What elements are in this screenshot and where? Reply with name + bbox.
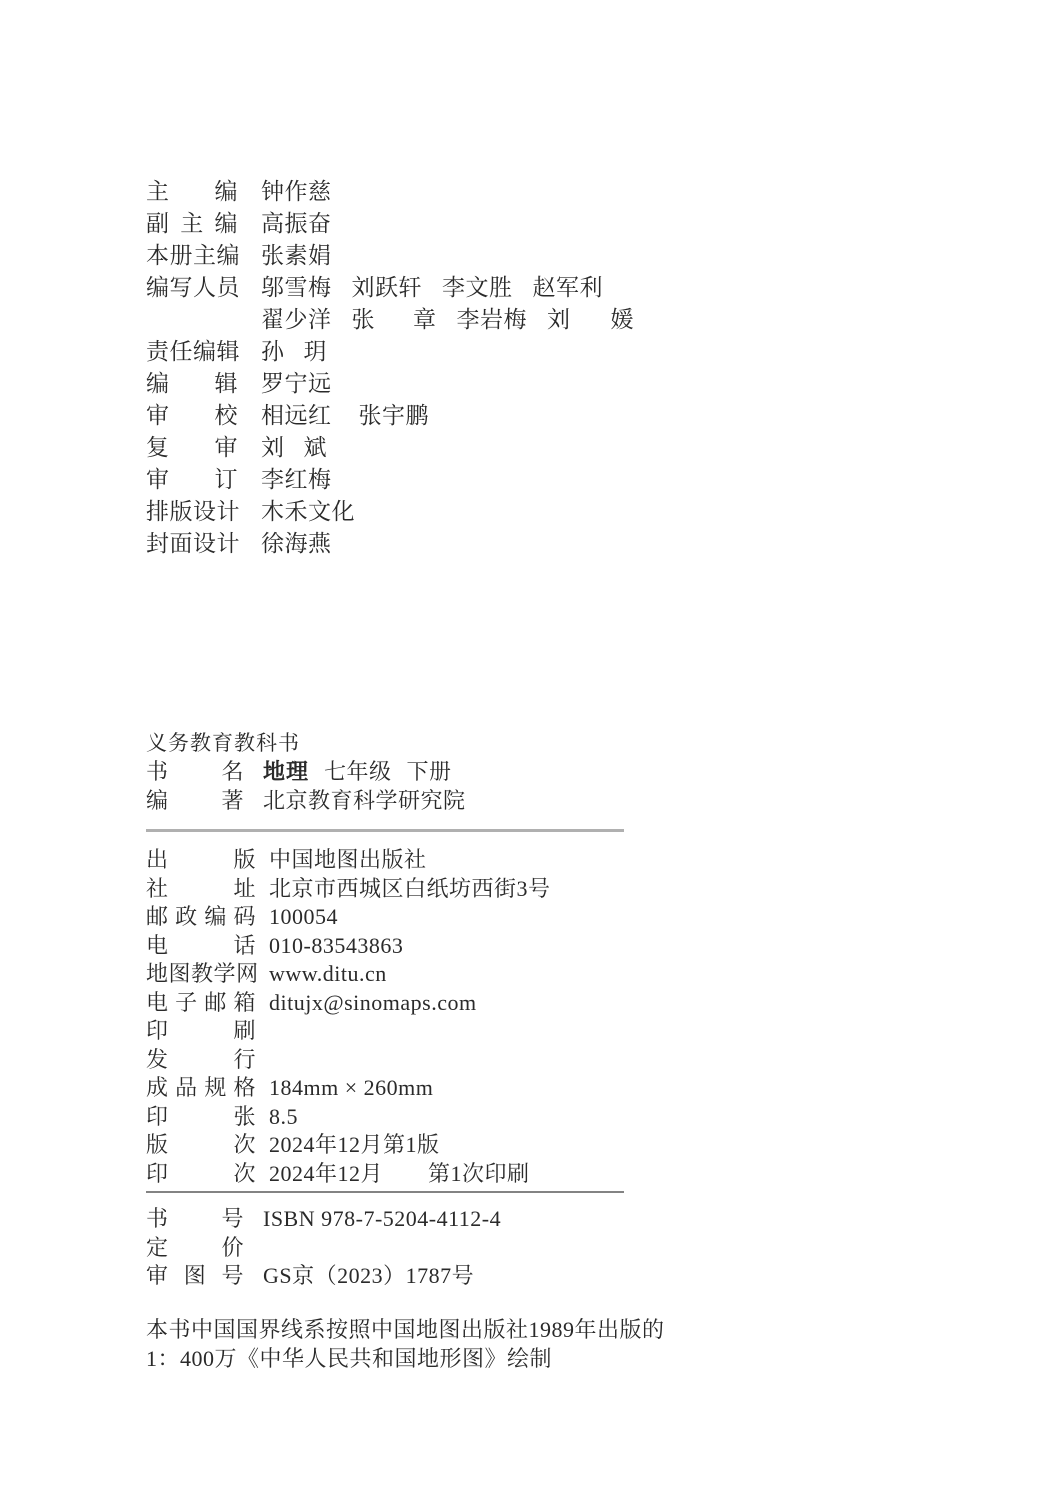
printer-row: 印刷 — [146, 1017, 706, 1046]
credit-row-editor: 编辑 罗宁远 — [146, 368, 706, 400]
field-label: 印刷 — [146, 1017, 256, 1046]
credit-row-deputy-chief-editor: 副主编 高振奋 — [146, 208, 706, 240]
format-value: 184mm × 260mm — [269, 1074, 433, 1103]
credit-label: 副主编 — [146, 208, 238, 240]
book-name-row: 书名 地理 七年级 下册 — [146, 758, 706, 787]
address-value: 北京市西城区白纸坊西街3号 — [269, 875, 551, 904]
field-label: 印张 — [146, 1103, 256, 1132]
credit-label: 排版设计 — [146, 496, 238, 528]
person-name: 张素娟 — [261, 240, 332, 272]
boundary-note: 本书中国国界线系按照中国地图出版社1989年出版的 1：400万《中华人民共和国… — [146, 1315, 706, 1374]
distributor-row: 发行 — [146, 1046, 706, 1075]
format-row: 成品规格 184mm × 260mm — [146, 1074, 706, 1103]
postal-code-value: 100054 — [269, 903, 338, 932]
sheets-row: 印张 8.5 — [146, 1103, 706, 1132]
isbn-row: 书号 ISBN 978-7-5204-4112-4 — [146, 1205, 706, 1234]
field-label: 编著 — [146, 787, 244, 816]
author-name: 北京教育科学研究院 — [263, 787, 466, 816]
colophon-page: 主编 钟作慈 副主编 高振奋 本册主编 张素娟 编写人员 邬雪梅 刘跃轩 李文胜… — [0, 0, 1059, 1507]
person-name: 孙玥 — [261, 336, 327, 368]
divider-line-top — [146, 829, 624, 832]
postal-code-row: 邮政编码 100054 — [146, 903, 706, 932]
credit-row-approver: 审订 李红梅 — [146, 464, 706, 496]
field-label: 成品规格 — [146, 1074, 256, 1103]
sheets-value: 8.5 — [269, 1103, 298, 1132]
credit-row-cover-design: 封面设计 徐海燕 — [146, 528, 706, 560]
person-name: 赵军利 — [533, 272, 604, 304]
field-label: 电子邮箱 — [146, 989, 256, 1018]
credit-row-chief-editor: 主编 钟作慈 — [146, 176, 706, 208]
credit-row-volume-editor: 本册主编 张素娟 — [146, 240, 706, 272]
credit-row-proofreaders: 审校 相远红 张宇鹏 — [146, 400, 706, 432]
credit-label: 封面设计 — [146, 528, 238, 560]
credit-label: 主编 — [146, 176, 238, 208]
person-name: 张章 — [352, 304, 437, 336]
person-name: 徐海燕 — [261, 528, 332, 560]
credit-row-layout-design: 排版设计 木禾文化 — [146, 496, 706, 528]
person-name: 刘斌 — [261, 432, 327, 464]
map-approval-row: 审图号 GS京（2023）1787号 — [146, 1262, 706, 1291]
field-label: 地图教学网 — [146, 960, 256, 989]
person-name: 李红梅 — [261, 464, 332, 496]
phone-value: 010-83543863 — [269, 932, 403, 961]
field-label: 书名 — [146, 758, 244, 787]
author-row: 编著 北京教育科学研究院 — [146, 787, 706, 816]
person-name: 李文胜 — [442, 272, 513, 304]
website-value: www.ditu.cn — [269, 960, 387, 989]
credit-row-writers-2: 翟少洋 张章 李岩梅 刘媛 — [146, 304, 706, 336]
field-label: 电话 — [146, 932, 256, 961]
studio-name: 木禾文化 — [261, 496, 355, 528]
person-name: 高振奋 — [261, 208, 332, 240]
map-approval-value: GS京（2023）1787号 — [263, 1262, 474, 1291]
edition-value: 2024年12月第1版 — [269, 1131, 440, 1160]
field-label: 印次 — [146, 1160, 256, 1189]
credit-label: 编写人员 — [146, 272, 238, 304]
address-row: 社址 北京市西城区白纸坊西街3号 — [146, 875, 706, 904]
credit-label: 审校 — [146, 400, 238, 432]
credit-label-empty — [146, 304, 238, 336]
impression-row: 印次 2024年12月 第1次印刷 — [146, 1160, 706, 1189]
field-label: 定价 — [146, 1234, 244, 1263]
person-name: 钟作慈 — [261, 176, 332, 208]
edition-row: 版次 2024年12月第1版 — [146, 1131, 706, 1160]
credit-row-responsible-editor: 责任编辑 孙玥 — [146, 336, 706, 368]
field-label: 发行 — [146, 1046, 256, 1075]
divider-line-bottom — [146, 1191, 624, 1193]
credit-label: 审订 — [146, 464, 238, 496]
boundary-note-line1: 本书中国国界线系按照中国地图出版社1989年出版的 — [146, 1315, 706, 1345]
book-title: 地理 — [263, 758, 309, 787]
field-label: 审图号 — [146, 1262, 244, 1291]
person-name: 李岩梅 — [457, 304, 528, 336]
credit-label: 责任编辑 — [146, 336, 238, 368]
field-label: 邮政编码 — [146, 903, 256, 932]
person-name: 相远红 — [261, 400, 332, 432]
phone-row: 电话 010-83543863 — [146, 932, 706, 961]
boundary-note-line2: 1：400万《中华人民共和国地形图》绘制 — [146, 1344, 706, 1374]
price-row: 定价 — [146, 1234, 706, 1263]
person-name: 刘跃轩 — [352, 272, 423, 304]
credits-block: 主编 钟作慈 副主编 高振奋 本册主编 张素娟 编写人员 邬雪梅 刘跃轩 李文胜… — [146, 176, 706, 560]
credit-label: 本册主编 — [146, 240, 238, 272]
field-label: 书号 — [146, 1205, 244, 1234]
publisher-name: 中国地图出版社 — [269, 846, 427, 875]
field-label: 社址 — [146, 875, 256, 904]
credit-label: 编辑 — [146, 368, 238, 400]
person-name: 张宇鹏 — [359, 400, 430, 432]
person-name: 翟少洋 — [261, 304, 332, 336]
person-name: 刘媛 — [547, 304, 634, 336]
credit-row-reviewer: 复审 刘斌 — [146, 432, 706, 464]
website-row: 地图教学网 www.ditu.cn — [146, 960, 706, 989]
email-value: ditujx@sinomaps.com — [269, 989, 477, 1018]
colophon-content: 主编 钟作慈 副主编 高振奋 本册主编 张素娟 编写人员 邬雪梅 刘跃轩 李文胜… — [146, 176, 706, 1374]
book-volume: 下册 — [407, 758, 452, 787]
person-name: 邬雪梅 — [261, 272, 332, 304]
field-label: 版次 — [146, 1131, 256, 1160]
isbn-value: ISBN 978-7-5204-4112-4 — [263, 1205, 501, 1234]
email-row: 电子邮箱 ditujx@sinomaps.com — [146, 989, 706, 1018]
book-grade: 七年级 — [324, 758, 392, 787]
person-name: 罗宁远 — [261, 368, 332, 400]
field-label: 出版 — [146, 846, 256, 875]
series-title: 义务教育教科书 — [146, 728, 706, 758]
impression-value: 2024年12月 第1次印刷 — [269, 1160, 530, 1189]
credit-label: 复审 — [146, 432, 238, 464]
publisher-row: 出版 中国地图出版社 — [146, 846, 706, 875]
credit-row-writers-1: 编写人员 邬雪梅 刘跃轩 李文胜 赵军利 — [146, 272, 706, 304]
